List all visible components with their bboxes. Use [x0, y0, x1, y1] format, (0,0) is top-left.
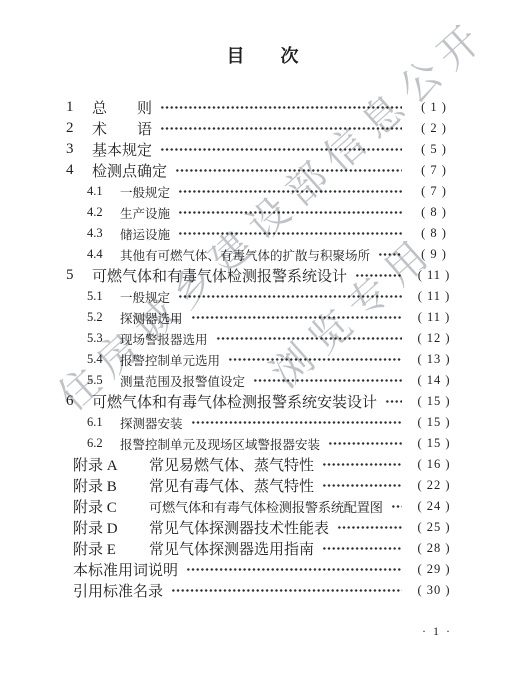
toc-entry-page: ( 15 ): [406, 415, 462, 430]
dot-leader: [328, 433, 402, 454]
dot-leader: [160, 97, 402, 118]
toc-row: 5 可燃气体和有毒气体检测报警系统设计 ( 11 ): [66, 265, 462, 286]
toc-entry-page: ( 13 ): [406, 352, 462, 367]
toc-row: 2 术 语 ( 2 ): [66, 118, 462, 139]
dot-leader: [355, 265, 402, 286]
page-number: · 1 ·: [409, 624, 465, 639]
toc-entry-page: ( 5 ): [406, 142, 462, 157]
dot-leader: [216, 328, 402, 349]
toc-entry-page: ( 16 ): [406, 457, 462, 472]
toc-entry-page: ( 2 ): [406, 121, 462, 136]
toc-entry-number: 5.5: [87, 373, 120, 388]
toc-entry-page: ( 8 ): [406, 226, 462, 241]
dot-leader: [191, 412, 402, 433]
toc-entry-title: 一般规定: [120, 183, 170, 201]
toc-row: 本标准用词说明 ( 29 ): [66, 559, 462, 580]
toc-entry-title: 常见有毒气体、蒸气特性: [149, 475, 314, 496]
toc-row: 4.2 生产设施 ( 8 ): [66, 202, 462, 223]
toc-entry-title: 报警控制单元及现场区域警报器安装: [120, 435, 320, 453]
toc-row: 4.3 储运设施 ( 8 ): [66, 223, 462, 244]
toc-row: 6.2 报警控制单元及现场区域警报器安装 ( 15 ): [66, 433, 462, 454]
toc-entry-title: 现场警报器选用: [120, 330, 208, 348]
toc-row: 附录 A 常见易燃气体、蒸气特性 ( 16 ): [66, 454, 462, 475]
toc-list: 1 总 则 ( 1 ) 2 术 语 ( 2 ) 3 基本规定 ( 5 ) 4 检…: [66, 97, 462, 601]
toc-row: 4.4 其他有可燃气体、有毒气体的扩散与积聚场所 ( 9 ): [66, 244, 462, 265]
dot-leader: [160, 139, 402, 160]
toc-entry-number: 6.1: [87, 415, 120, 430]
toc-row: 5.2 探测器选用 ( 11 ): [66, 307, 462, 328]
toc-entry-title: 常见气体探测器选用指南: [149, 538, 314, 559]
toc-row: 5.3 现场警报器选用 ( 12 ): [66, 328, 462, 349]
dot-leader: [186, 559, 402, 580]
dot-leader: [175, 160, 402, 181]
toc-row: 5.4 报警控制单元选用 ( 13 ): [66, 349, 462, 370]
dot-leader: [178, 286, 402, 307]
toc-entry-number: 4.2: [87, 205, 120, 220]
toc-entry-title: 术 语: [92, 118, 152, 139]
toc-entry-title: 一般规定: [120, 288, 170, 306]
toc-row: 引用标准名录 ( 30 ): [66, 580, 462, 601]
toc-entry-title: 储运设施: [120, 225, 170, 243]
toc-entry-number: 2: [66, 120, 92, 137]
toc-row: 附录 D 常见气体探测器技术性能表 ( 25 ): [66, 517, 462, 538]
toc-row: 4 检测点确定 ( 7 ): [66, 160, 462, 181]
toc-entry-number: 附录 A: [73, 454, 149, 475]
toc-row: 1 总 则 ( 1 ): [66, 97, 462, 118]
toc-entry-page: ( 29 ): [406, 562, 462, 577]
toc-entry-number: 附录 E: [73, 538, 149, 559]
toc-entry-number: 5.3: [87, 331, 120, 346]
toc-entry-number: 1: [66, 99, 92, 116]
toc-entry-page: ( 28 ): [406, 541, 462, 556]
toc-entry-number: 6.2: [87, 436, 120, 451]
toc-entry-number: 4.1: [87, 184, 120, 199]
toc-entry-title: 常见易燃气体、蒸气特性: [149, 454, 314, 475]
toc-entry-number: 4.3: [87, 226, 120, 241]
page-title: 目 次: [0, 42, 525, 68]
toc-entry-page: ( 15 ): [406, 436, 462, 451]
toc-entry-page: ( 24 ): [406, 499, 462, 514]
toc-entry-page: ( 22 ): [406, 478, 462, 493]
toc-row: 附录 E 常见气体探测器选用指南 ( 28 ): [66, 538, 462, 559]
dot-leader: [322, 538, 402, 559]
toc-entry-title: 本标准用词说明: [73, 559, 178, 580]
toc-entry-number: 4: [66, 162, 92, 179]
toc-entry-title: 报警控制单元选用: [120, 351, 220, 369]
toc-entry-page: ( 1 ): [406, 100, 462, 115]
toc-entry-number: 附录 B: [73, 475, 149, 496]
toc-row: 4.1 一般规定 ( 7 ): [66, 181, 462, 202]
dot-leader: [322, 475, 402, 496]
dot-leader: [171, 580, 402, 601]
toc-entry-number: 附录 D: [73, 517, 149, 538]
toc-entry-page: ( 11 ): [406, 310, 462, 325]
toc-entry-page: ( 7 ): [406, 163, 462, 178]
toc-entry-title: 生产设施: [120, 204, 170, 222]
toc-entry-number: 附录 C: [73, 496, 149, 517]
dot-leader: [178, 181, 402, 202]
toc-entry-title: 可燃气体和有毒气体检测报警系统安装设计: [92, 391, 377, 412]
toc-entry-title: 基本规定: [92, 139, 152, 160]
toc-entry-number: 5.4: [87, 352, 120, 367]
toc-entry-page: ( 7 ): [406, 184, 462, 199]
toc-entry-title: 测量范围及报警值设定: [120, 372, 245, 390]
toc-entry-title: 其他有可燃气体、有毒气体的扩散与积聚场所: [120, 246, 370, 264]
toc-entry-page: ( 11 ): [406, 268, 462, 283]
toc-entry-number: 4.4: [87, 247, 120, 262]
toc-row: 6.1 探测器安装 ( 15 ): [66, 412, 462, 433]
dot-leader: [228, 349, 402, 370]
toc-entry-title: 可燃气体和有毒气体检测报警系统设计: [92, 265, 347, 286]
toc-entry-page: ( 8 ): [406, 205, 462, 220]
dot-leader: [191, 307, 402, 328]
toc-entry-title: 探测器安装: [120, 414, 183, 432]
dot-leader: [178, 202, 402, 223]
toc-entry-number: 5.2: [87, 310, 120, 325]
toc-entry-page: ( 15 ): [406, 394, 462, 409]
toc-row: 3 基本规定 ( 5 ): [66, 139, 462, 160]
toc-entry-title: 引用标准名录: [73, 580, 163, 601]
toc-row: 6 可燃气体和有毒气体检测报警系统安装设计 ( 15 ): [66, 391, 462, 412]
dot-leader: [178, 223, 402, 244]
toc-entry-page: ( 11 ): [406, 289, 462, 304]
dot-leader: [378, 244, 402, 265]
dot-leader: [385, 391, 402, 412]
toc-entry-page: ( 25 ): [406, 520, 462, 535]
toc-entry-page: ( 14 ): [406, 373, 462, 388]
toc-entry-title: 检测点确定: [92, 160, 167, 181]
toc-entry-page: ( 30 ): [406, 583, 462, 598]
dot-leader: [391, 496, 402, 517]
toc-entry-title: 可燃气体和有毒气体检测报警系统配置图: [149, 497, 383, 516]
toc-entry-number: 5.1: [87, 289, 120, 304]
toc-entry-title: 总 则: [92, 97, 152, 118]
toc-row: 附录 C 可燃气体和有毒气体检测报警系统配置图 ( 24 ): [66, 496, 462, 517]
toc-entry-title: 探测器选用: [120, 309, 183, 327]
dot-leader: [160, 118, 402, 139]
toc-row: 5.1 一般规定 ( 11 ): [66, 286, 462, 307]
toc-entry-number: 5: [66, 267, 92, 284]
toc-entry-title: 常见气体探测器技术性能表: [149, 517, 329, 538]
dot-leader: [253, 370, 402, 391]
toc-row: 5.5 测量范围及报警值设定 ( 14 ): [66, 370, 462, 391]
dot-leader: [322, 454, 402, 475]
toc-row: 附录 B 常见有毒气体、蒸气特性 ( 22 ): [66, 475, 462, 496]
toc-entry-number: 3: [66, 141, 92, 158]
toc-entry-page: ( 12 ): [406, 331, 462, 346]
toc-entry-number: 6: [66, 393, 92, 410]
document-page: 住房城乡建设部信息公开 浏览专用 目 次 1 总 则 ( 1 ) 2 术 语 (…: [0, 0, 525, 684]
dot-leader: [337, 517, 402, 538]
toc-entry-page: ( 9 ): [406, 247, 462, 262]
